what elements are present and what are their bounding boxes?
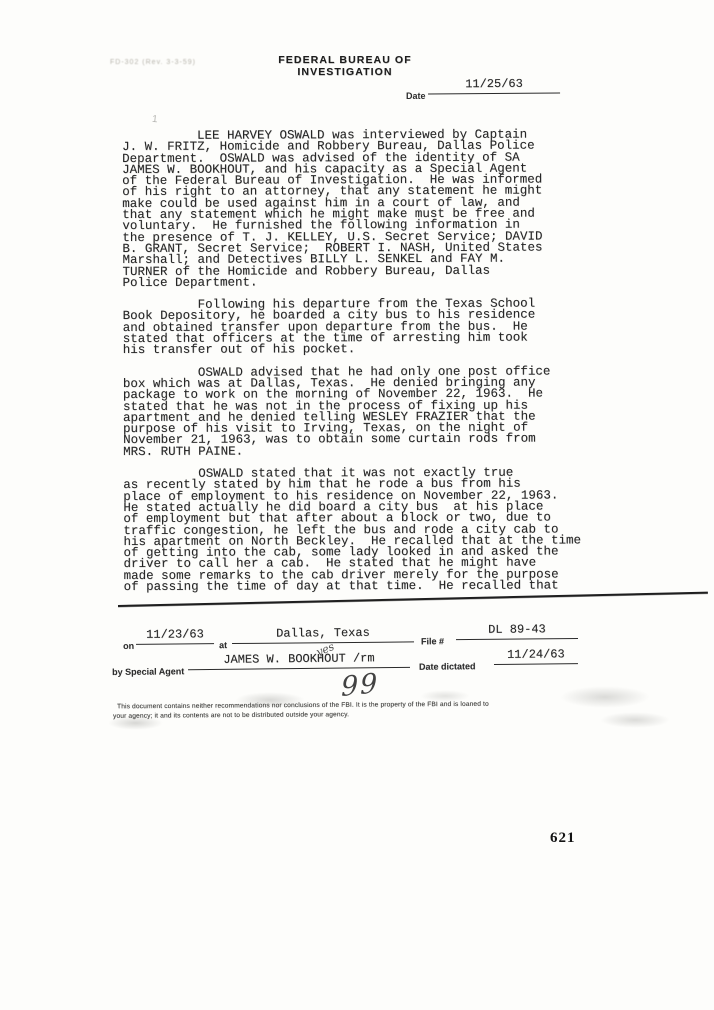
disclaimer-line-1: This document contains neither recommend… [117, 701, 489, 711]
handwritten-page-mark: 99 [341, 668, 379, 703]
date-dictated-label: Date dictated [419, 661, 476, 672]
body-paragraph: LEE HARVEY OSWALD was interviewed by Cap… [122, 129, 609, 289]
scan-smudge [560, 686, 650, 708]
report-body: LEE HARVEY OSWALD was interviewed by Cap… [122, 129, 610, 604]
page-number: 621 [550, 830, 576, 847]
on-label: on [123, 641, 134, 651]
agency-title: FEDERAL BUREAU OF INVESTIGATION [238, 54, 452, 78]
form-code: FD-302 (Rev. 3-3-59) [110, 59, 196, 66]
file-number-value: DL 89-43 [456, 622, 578, 640]
disclaimer-line-2: your agency; it and its contents are not… [113, 711, 349, 720]
handwritten-annotation: yes [314, 640, 336, 659]
interview-place-value: Dallas, Texas [232, 625, 414, 644]
body-paragraph: Following his departure from the Texas S… [123, 298, 609, 356]
at-label: at [219, 640, 227, 650]
pencil-mark: 1 [151, 114, 158, 126]
agent-label: by Special Agent [112, 666, 184, 677]
date-value: 11/25/63 [428, 77, 560, 95]
date-dictated-value: 11/24/63 [494, 647, 578, 665]
interview-date-value: 11/23/63 [136, 627, 214, 645]
scanned-document-page: FD-302 (Rev. 3-3-59) FEDERAL BUREAU OF I… [0, 0, 714, 1010]
file-number-label: File # [421, 636, 444, 646]
date-label: Date [406, 91, 426, 101]
scan-smudge [600, 712, 670, 728]
body-paragraph: OSWALD advised that he had only one post… [123, 366, 609, 458]
body-paragraph: OSWALD stated that it was not exactly tr… [123, 467, 609, 593]
